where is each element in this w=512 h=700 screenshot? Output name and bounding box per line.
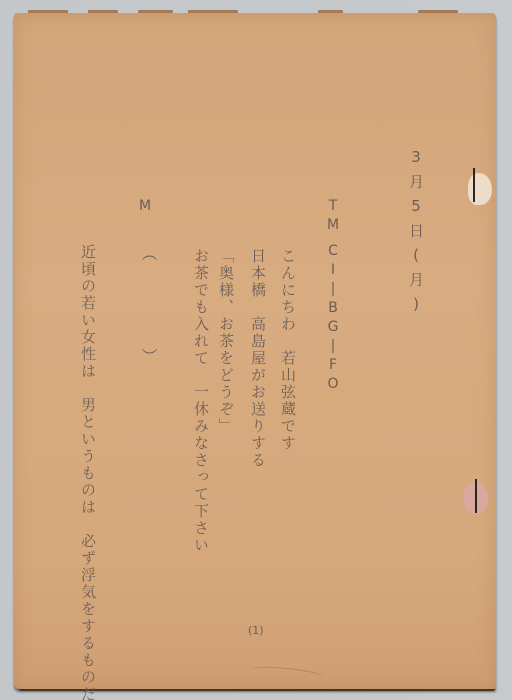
staple-icon: [473, 168, 475, 202]
paper-tear-patch: [468, 173, 492, 205]
script-line: 「奥様、お茶をどうぞ」: [218, 248, 233, 435]
staple-icon: [475, 479, 477, 513]
script-line: お茶でも入れて 一休みなさって下さい: [193, 248, 208, 554]
music-paren-close: ︶: [140, 348, 156, 366]
cue-tm: TM: [326, 198, 340, 236]
scanned-document: 3月5日(月) TM CI|BG|FO こんにちわ 若山弦蔵です 日本橋 高島屋…: [0, 0, 512, 700]
page-number: (1): [248, 624, 264, 637]
script-line: 日本橋 高島屋がお送りする: [250, 248, 265, 469]
date-header: 3月5日(月): [408, 148, 423, 321]
script-line: こんにちわ 若山弦蔵です: [280, 248, 295, 452]
music-cue-label: M: [138, 198, 152, 216]
music-paren-open: ︵: [140, 245, 156, 263]
narration-line: 近頃の若い女性は 男というものは 必ず浮気をするものだ: [80, 244, 95, 700]
cue-directions: CI|BG|FO: [326, 243, 340, 395]
